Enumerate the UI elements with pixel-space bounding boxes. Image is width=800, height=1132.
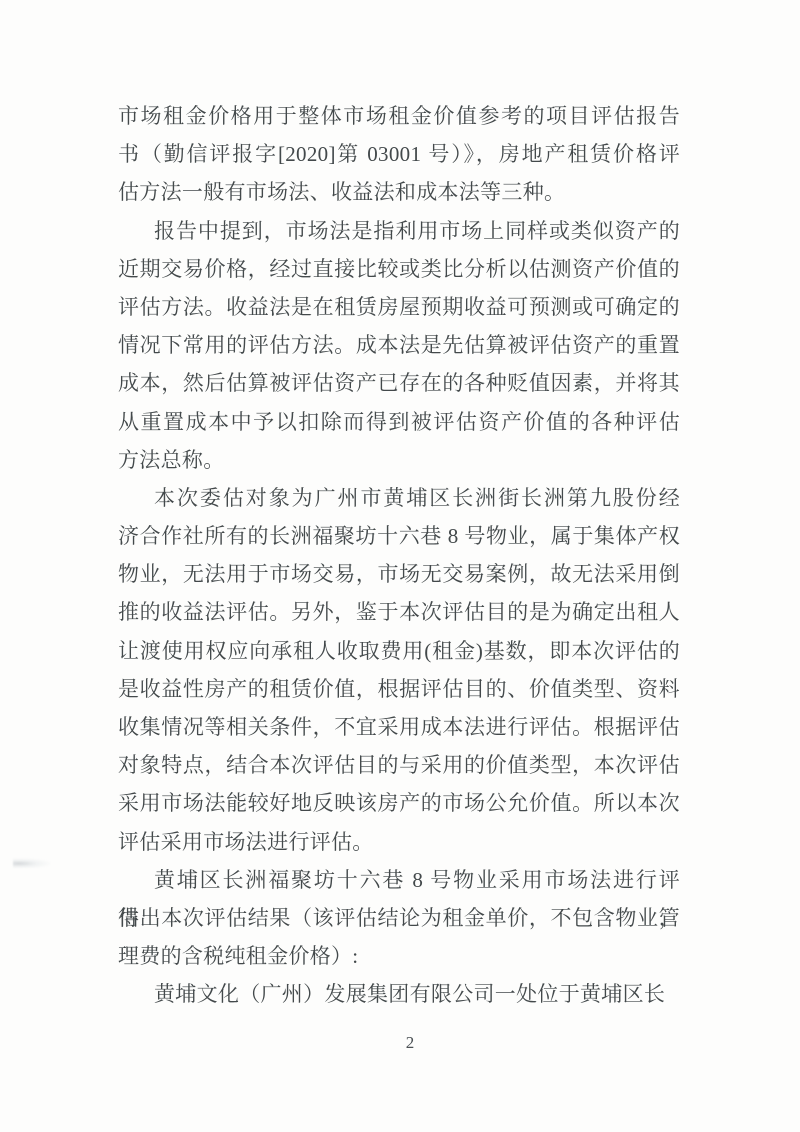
text-line: 得出本次评估结果（该评估结论为租金单价，不包含物业管	[118, 899, 680, 937]
text-line: 本次委估对象为广州市黄埔区长洲街长洲第九股份经	[118, 479, 680, 517]
text-line: 黄埔区长洲福聚坊十六巷 8 号物业采用市场法进行评估，	[118, 861, 680, 899]
text-line: 对象特点，结合本次评估目的与采用的价值类型，本次评估	[118, 746, 680, 784]
text-line: 书（勤信评报字[2020]第 03001 号）》，房地产租赁价格评	[118, 135, 680, 173]
text-line: 济合作社所有的长洲福聚坊十六巷 8 号物业，属于集体产权	[118, 517, 680, 555]
text-line: 物业，无法用于市场交易，市场无交易案例，故无法采用倒	[118, 555, 680, 593]
text-line: 从重置成本中予以扣除而得到被评估资产价值的各种评估	[118, 403, 680, 441]
text-line: 理费的含税纯租金价格）:	[118, 937, 680, 975]
text-line: 报告中提到，市场法是指利用市场上同样或类似资产的	[118, 212, 680, 250]
document-page: 市场租金价格用于整体市场租金价值参考的项目评估报告书（勤信评报字[2020]第 …	[0, 0, 800, 1132]
text-line: 黄埔文化（广州）发展集团有限公司一处位于黄埔区长	[118, 975, 680, 1013]
document-body: 市场租金价格用于整体市场租金价值参考的项目评估报告书（勤信评报字[2020]第 …	[118, 97, 680, 1014]
text-line: 收集情况等相关条件，不宜采用成本法进行评估。根据评估	[118, 708, 680, 746]
text-line: 评估方法。收益法是在租赁房屋预期收益可预测或可确定的	[118, 288, 680, 326]
text-line: 市场租金价格用于整体市场租金价值参考的项目评估报告	[118, 97, 680, 135]
text-line: 成本，然后估算被评估资产已存在的各种贬值因素，并将其	[118, 364, 680, 402]
text-line: 推的收益法评估。另外，鉴于本次评估目的是为确定出租人	[118, 593, 680, 631]
text-line: 采用市场法能较好地反映该房产的市场公允价值。所以本次	[118, 784, 680, 822]
text-line: 估方法一般有市场法、收益法和成本法等三种。	[118, 173, 680, 211]
text-line: 是收益性房产的租赁价值，根据评估目的、价值类型、资料	[118, 670, 680, 708]
text-line: 评估采用市场法进行评估。	[118, 823, 680, 861]
text-line: 近期交易价格，经过直接比较或类比分析以估测资产价值的	[118, 250, 680, 288]
page-number: 2	[10, 1031, 800, 1055]
text-line: 情况下常用的评估方法。成本法是先估算被评估资产的重置	[118, 326, 680, 364]
text-line: 方法总称。	[118, 441, 680, 479]
text-line: 让渡使用权应向承租人收取费用(租金)基数，即本次评估的	[118, 632, 680, 670]
scan-smudge-artifact	[13, 858, 51, 868]
